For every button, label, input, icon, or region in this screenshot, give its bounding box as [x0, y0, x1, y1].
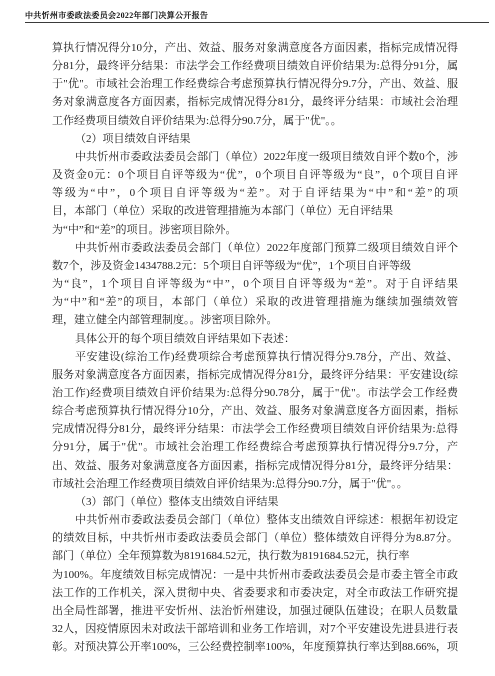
text-line: 中共忻州市委政法委员会部门（单位）整体支出绩效自评综述：根据年初设定: [52, 511, 458, 529]
text-line: （3）部门（单位）整体支出绩效自评结果: [52, 493, 458, 511]
text-line: 32人，因疫情原因未对政法干部培训和业务工作培训，对7个平安建设先进县进行表: [52, 620, 458, 638]
text-line: 数7个，涉及资金1434788.2元：5个项目自评等级为“优”，1个项目自评等级: [52, 257, 458, 275]
text-line: 于"优"。市域社会治理工作经费综合考虑预算执行情况得分9.7分，产出、效益、服: [52, 75, 458, 93]
text-line: 为“良”，1个项目自评等级为“中”，0个项目自评等级为“差”。对于自评结果: [52, 275, 458, 293]
text-line: 务对象满意度各方面因素，指标完成情况得分81分，最终评分结果：市域社会治理: [52, 93, 458, 111]
document-body: 算执行情况得分10分，产出、效益、服务对象满意度各方面因素，指标完成情况得分81…: [52, 39, 458, 656]
header-divider-line: [25, 22, 489, 23]
text-line: 中共忻州市委政法委员会部门（单位）2022年度一级项目绩效自评个数0个，涉: [52, 148, 458, 166]
text-line: 治工作)经费项目绩效自评价结果为:总得分90.78分，属于"优"。市法学会工作经…: [52, 384, 458, 402]
text-line: 法工作的工作机关，深入贯彻中央、省委要求和市委决定，对全市政法工作研究提: [52, 584, 458, 602]
text-line: 平安建设(综治工作)经费项综合考虑预算执行情况得分9.78分，产出、效益、: [52, 348, 458, 366]
text-line: （2）项目绩效自评结果: [52, 130, 458, 148]
document-page: 中共忻州市委政法委员会2022年部门决算公开报告 算执行情况得分10分，产出、效…: [0, 0, 495, 676]
text-line: 为100%。年度绩效目标完成情况：一是中共忻州市委政法委员会是市委主管全市政: [52, 566, 458, 584]
text-line: 出、效益、服务对象满意度各方面因素，指标完成情况得分81分，最终评分结果：: [52, 457, 458, 475]
text-line: 彰。对预决算公开率100%，三公经费控制率100%，年度预算执行率达到88.66…: [52, 638, 458, 656]
text-line: 市域社会治理工作经费项目绩效自评价结果为:总得分90.7分，属于"优"。。: [52, 475, 458, 493]
text-line: 理，建立健全内部管理制度。。涉密项目除外。: [52, 311, 458, 329]
text-line: 为“中”和“差”的项目。涉密项目除外。: [52, 221, 458, 239]
text-line: 等级为“中”，0个项目自评等级为“差”。对于自评结果为“中”和“差”的项: [52, 184, 458, 202]
text-line: 完成情况得分81分，最终评分结果：市法学会工作经费项目绩效自评价结果为:总得: [52, 420, 458, 438]
text-line: 及资金0元：0个项目自评等级为“优”，0个项目自评等级为“良”，0个项目自评: [52, 166, 458, 184]
text-line: 出全局性部署，推进平安忻州、法治忻州建设，加强过硬队伍建设；在职人员数量: [52, 602, 458, 620]
document-header-title: 中共忻州市委政法委员会2022年部门决算公开报告: [25, 10, 208, 21]
text-line: 为“中”和“差”的项目，本部门（单位）采取的改进管理措施为继续加强绩效管: [52, 293, 458, 311]
text-line: 具体公开的每个项目绩效自评结果如下表述：: [52, 330, 458, 348]
text-line: 目，本部门（单位）采取的改进管理措施为本部门（单位）无自评结果: [52, 202, 458, 220]
text-line: 算执行情况得分10分，产出、效益、服务对象满意度各方面因素，指标完成情况得: [52, 39, 458, 57]
text-line: 中共忻州市委政法委员会部门（单位）2022年度部门预算二级项目绩效自评个: [52, 239, 458, 257]
text-line: 综合考虑预算执行情况得分10分，产出、效益、服务对象满意度各方面因素，指标: [52, 402, 458, 420]
text-line: 的绩效目标，中共忻州市委政法委员会部门（单位）整体绩效自评得分为8.87分。: [52, 529, 458, 547]
text-line: 分91分，属于"优"。市域社会治理工作经费综合考虑预算执行情况得分9.7分，产: [52, 438, 458, 456]
text-line: 工作经费项目绩效自评价结果为:总得分90.7分，属于"优"。。: [52, 112, 458, 130]
text-line: 部门（单位）全年预算数为8191684.52元，执行数为8191684.52元，…: [52, 547, 458, 565]
text-line: 分81分，最终评分结果：市法学会工作经费项目绩效自评价结果为:总得分91分，属: [52, 57, 458, 75]
text-line: 服务对象满意度各方面因素，指标完成情况得分81分，最终评分结果：平安建设(综: [52, 366, 458, 384]
